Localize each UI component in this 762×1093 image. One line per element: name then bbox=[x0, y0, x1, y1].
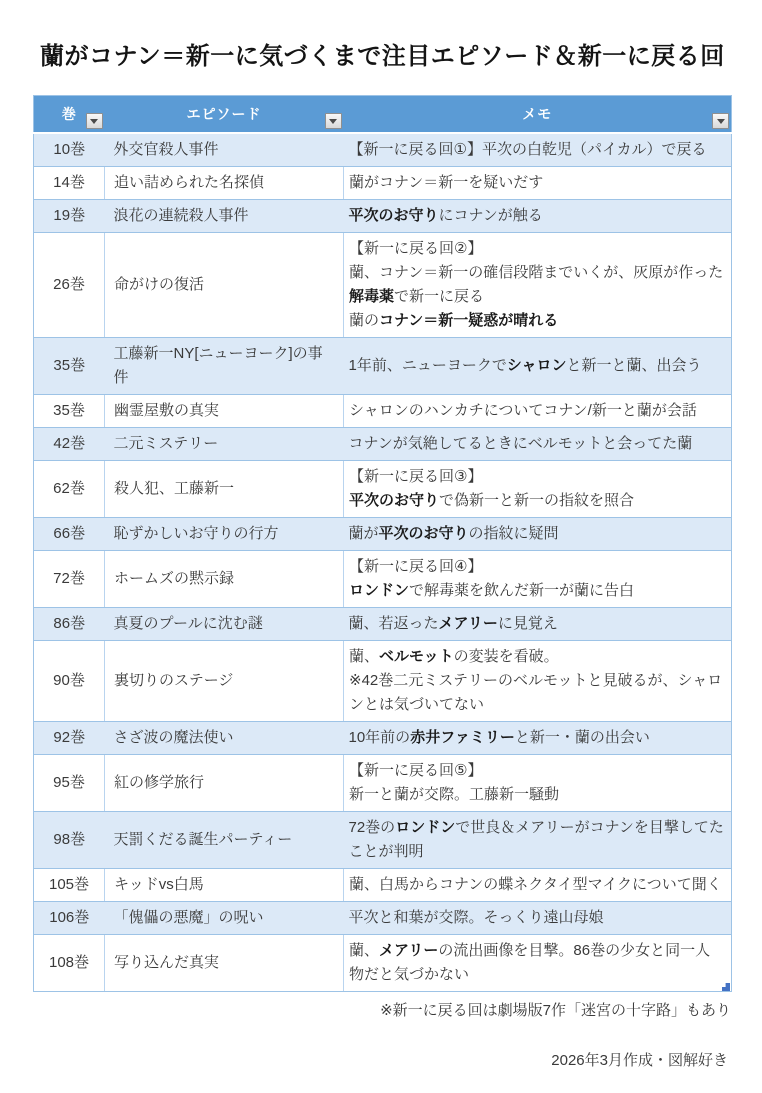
memo-line: ※42巻二元ミステリーのベルモットと見破るが、シャロンとは気づいてない bbox=[349, 669, 724, 717]
volume-cell[interactable]: 35巻 bbox=[34, 338, 105, 395]
episode-cell[interactable]: 幽霊屋敷の真実 bbox=[105, 395, 344, 428]
memo-line: 平次のお守りで偽新一と新一の指紋を照合 bbox=[349, 489, 724, 513]
footnote: ※新一に戻る回は劇場版7作「迷宮の十字路」もあり bbox=[380, 999, 731, 1020]
volume-cell[interactable]: 66巻 bbox=[34, 518, 105, 551]
episode-cell[interactable]: 天罰くだる誕生パーティー bbox=[105, 812, 344, 869]
table-body: 10巻外交官殺人事件【新一に戻る回①】平次の白乾児（パイカル）で戻る14巻追い詰… bbox=[34, 133, 732, 992]
table-row: 90巻裏切りのステージ蘭、ベルモットの変装を看破。※42巻二元ミステリーのベルモ… bbox=[34, 641, 732, 722]
volume-cell[interactable]: 98巻 bbox=[34, 812, 105, 869]
episode-table-grid: 巻 エピソード メモ bbox=[33, 95, 732, 992]
episode-filter-button[interactable] bbox=[325, 113, 342, 129]
episode-cell[interactable]: 二元ミステリー bbox=[105, 428, 344, 461]
volume-filter-button[interactable] bbox=[86, 113, 103, 129]
episode-cell[interactable]: 恥ずかしいお守りの行方 bbox=[105, 518, 344, 551]
page-title: 蘭がコナン＝新一に気づくまで注目エピソード＆新一に戻る回 bbox=[40, 36, 740, 71]
memo-line: 【新一に戻る回③】 bbox=[349, 465, 724, 489]
column-header-memo: メモ bbox=[344, 96, 732, 134]
credit-text: 2026年3月作成・図解好き bbox=[551, 1049, 728, 1070]
volume-cell[interactable]: 62巻 bbox=[34, 461, 105, 518]
volume-cell[interactable]: 35巻 bbox=[34, 395, 105, 428]
episode-cell[interactable]: 追い詰められた名探偵 bbox=[105, 167, 344, 200]
volume-cell[interactable]: 19巻 bbox=[34, 200, 105, 233]
episode-cell[interactable]: 工藤新一NY[ニューヨーク]の事件 bbox=[105, 338, 344, 395]
table-row: 106巻「傀儡の悪魔」の呪い平次と和葉が交際。そっくり遠山母娘 bbox=[34, 902, 732, 935]
episode-cell[interactable]: 命がけの復活 bbox=[105, 233, 344, 338]
memo-line: 【新一に戻る回⑤】 bbox=[349, 759, 724, 783]
memo-line: 蘭がコナン＝新一を疑いだす bbox=[349, 171, 724, 195]
table-row: 35巻幽霊屋敷の真実シャロンのハンカチについてコナン/新一と蘭が会話 bbox=[34, 395, 732, 428]
table-row: 26巻命がけの復活【新一に戻る回②】蘭、コナン＝新一の確信段階までいくが、灰原が… bbox=[34, 233, 732, 338]
header-row: 巻 エピソード メモ bbox=[34, 96, 732, 134]
episode-cell[interactable]: 「傀儡の悪魔」の呪い bbox=[105, 902, 344, 935]
episode-cell[interactable]: 殺人犯、工藤新一 bbox=[105, 461, 344, 518]
volume-cell[interactable]: 90巻 bbox=[34, 641, 105, 722]
table-row: 108巻写り込んだ真実蘭、メアリーの流出画像を目撃。86巻の少女と同一人物だと気… bbox=[34, 935, 732, 992]
volume-cell[interactable]: 26巻 bbox=[34, 233, 105, 338]
episode-cell[interactable]: 外交官殺人事件 bbox=[105, 133, 344, 167]
memo-line: シャロンのハンカチについてコナン/新一と蘭が会話 bbox=[349, 399, 724, 423]
memo-cell[interactable]: 72巻のロンドンで世良＆メアリーがコナンを目撃してたことが判明 bbox=[344, 812, 732, 869]
table-row: 95巻紅の修学旅行【新一に戻る回⑤】新一と蘭が交際。工藤新一騒動 bbox=[34, 755, 732, 812]
volume-cell[interactable]: 42巻 bbox=[34, 428, 105, 461]
memo-cell[interactable]: 【新一に戻る回⑤】新一と蘭が交際。工藤新一騒動 bbox=[344, 755, 732, 812]
filter-dropdown-icon bbox=[717, 119, 725, 124]
volume-cell[interactable]: 92巻 bbox=[34, 722, 105, 755]
memo-line: 10年前の赤井ファミリーと新一・蘭の出会い bbox=[349, 726, 725, 750]
episode-cell[interactable]: キッドvs白馬 bbox=[105, 869, 344, 902]
table-header: 巻 エピソード メモ bbox=[34, 96, 732, 134]
episode-cell[interactable]: 浪花の連続殺人事件 bbox=[105, 200, 344, 233]
volume-cell[interactable]: 106巻 bbox=[34, 902, 105, 935]
table-row: 35巻工藤新一NY[ニューヨーク]の事件1年前、ニューヨークでシャロンと新一と蘭… bbox=[34, 338, 732, 395]
episode-cell[interactable]: 紅の修学旅行 bbox=[105, 755, 344, 812]
table-row: 66巻恥ずかしいお守りの行方蘭が平次のお守りの指紋に疑問 bbox=[34, 518, 732, 551]
filter-dropdown-icon bbox=[329, 119, 337, 124]
memo-cell[interactable]: 【新一に戻る回③】平次のお守りで偽新一と新一の指紋を照合 bbox=[344, 461, 732, 518]
table-row: 72巻ホームズの黙示録【新一に戻る回④】ロンドンで解毒薬を飲んだ新一が蘭に告白 bbox=[34, 551, 732, 608]
column-header-volume: 巻 bbox=[34, 96, 105, 134]
memo-line: 平次と和葉が交際。そっくり遠山母娘 bbox=[349, 906, 725, 930]
memo-line: 蘭のコナン＝新一疑惑が晴れる bbox=[349, 309, 724, 333]
memo-cell[interactable]: コナンが気絶してるときにベルモットと会ってた蘭 bbox=[344, 428, 732, 461]
memo-line: 蘭が平次のお守りの指紋に疑問 bbox=[349, 522, 725, 546]
volume-cell[interactable]: 95巻 bbox=[34, 755, 105, 812]
memo-cell[interactable]: 平次のお守りにコナンが触る bbox=[344, 200, 732, 233]
memo-cell[interactable]: 蘭が平次のお守りの指紋に疑問 bbox=[344, 518, 732, 551]
episode-cell[interactable]: ホームズの黙示録 bbox=[105, 551, 344, 608]
memo-line: コナンが気絶してるときにベルモットと会ってた蘭 bbox=[349, 432, 725, 456]
memo-cell[interactable]: 【新一に戻る回②】蘭、コナン＝新一の確信段階までいくが、灰原が作った解毒薬で新一… bbox=[344, 233, 732, 338]
episode-cell[interactable]: 裏切りのステージ bbox=[105, 641, 344, 722]
table-row: 105巻キッドvs白馬蘭、白馬からコナンの蝶ネクタイ型マイクについて聞く bbox=[34, 869, 732, 902]
table-row: 92巻さざ波の魔法使い10年前の赤井ファミリーと新一・蘭の出会い bbox=[34, 722, 732, 755]
column-header-volume-label: 巻 bbox=[62, 106, 77, 122]
volume-cell[interactable]: 14巻 bbox=[34, 167, 105, 200]
table-row: 14巻追い詰められた名探偵蘭がコナン＝新一を疑いだす bbox=[34, 167, 732, 200]
memo-filter-button[interactable] bbox=[712, 113, 729, 129]
memo-line: 蘭、ベルモットの変装を看破。 bbox=[349, 645, 724, 669]
volume-cell[interactable]: 86巻 bbox=[34, 608, 105, 641]
table-row: 42巻二元ミステリーコナンが気絶してるときにベルモットと会ってた蘭 bbox=[34, 428, 732, 461]
memo-cell[interactable]: 10年前の赤井ファミリーと新一・蘭の出会い bbox=[344, 722, 732, 755]
memo-cell[interactable]: 【新一に戻る回④】ロンドンで解毒薬を飲んだ新一が蘭に告白 bbox=[344, 551, 732, 608]
memo-cell[interactable]: シャロンのハンカチについてコナン/新一と蘭が会話 bbox=[344, 395, 732, 428]
table-row: 86巻真夏のプールに沈む謎蘭、若返ったメアリーに見覚え bbox=[34, 608, 732, 641]
table-row: 19巻浪花の連続殺人事件平次のお守りにコナンが触る bbox=[34, 200, 732, 233]
memo-line: 【新一に戻る回①】平次の白乾児（パイカル）で戻る bbox=[349, 138, 725, 162]
table-row: 62巻殺人犯、工藤新一【新一に戻る回③】平次のお守りで偽新一と新一の指紋を照合 bbox=[34, 461, 732, 518]
memo-line: 新一と蘭が交際。工藤新一騒動 bbox=[349, 783, 724, 807]
memo-cell[interactable]: 蘭がコナン＝新一を疑いだす bbox=[344, 167, 732, 200]
episode-cell[interactable]: 真夏のプールに沈む謎 bbox=[105, 608, 344, 641]
volume-cell[interactable]: 105巻 bbox=[34, 869, 105, 902]
memo-line: 蘭、白馬からコナンの蝶ネクタイ型マイクについて聞く bbox=[349, 873, 724, 897]
memo-cell[interactable]: 蘭、メアリーの流出画像を目撃。86巻の少女と同一人物だと気づかない bbox=[344, 935, 732, 992]
memo-cell[interactable]: 蘭、ベルモットの変装を看破。※42巻二元ミステリーのベルモットと見破るが、シャロ… bbox=[344, 641, 732, 722]
memo-cell[interactable]: 蘭、若返ったメアリーに見覚え bbox=[344, 608, 732, 641]
column-header-episode: エピソード bbox=[105, 96, 344, 134]
memo-cell[interactable]: 平次と和葉が交際。そっくり遠山母娘 bbox=[344, 902, 732, 935]
episode-cell[interactable]: 写り込んだ真実 bbox=[105, 935, 344, 992]
volume-cell[interactable]: 108巻 bbox=[34, 935, 105, 992]
memo-line: 【新一に戻る回②】 bbox=[349, 237, 724, 261]
memo-cell[interactable]: 蘭、白馬からコナンの蝶ネクタイ型マイクについて聞く bbox=[344, 869, 732, 902]
column-header-memo-label: メモ bbox=[522, 106, 552, 122]
table-row: 10巻外交官殺人事件【新一に戻る回①】平次の白乾児（パイカル）で戻る bbox=[34, 133, 732, 167]
episode-cell[interactable]: さざ波の魔法使い bbox=[105, 722, 344, 755]
memo-line: 72巻のロンドンで世良＆メアリーがコナンを目撃してたことが判明 bbox=[349, 816, 725, 864]
memo-line: 蘭、コナン＝新一の確信段階までいくが、灰原が作った解毒薬で新一に戻る bbox=[349, 261, 724, 309]
memo-line: ロンドンで解毒薬を飲んだ新一が蘭に告白 bbox=[349, 579, 724, 603]
table-row: 98巻天罰くだる誕生パーティー72巻のロンドンで世良＆メアリーがコナンを目撃して… bbox=[34, 812, 732, 869]
column-header-episode-label: エピソード bbox=[187, 106, 262, 122]
memo-line: 1年前、ニューヨークでシャロンと新一と蘭、出会う bbox=[349, 354, 725, 378]
episode-table: 巻 エピソード メモ bbox=[33, 95, 731, 992]
filter-dropdown-icon bbox=[90, 119, 98, 124]
memo-line: 蘭、メアリーの流出画像を目撃。86巻の少女と同一人物だと気づかない bbox=[349, 939, 724, 987]
volume-cell[interactable]: 72巻 bbox=[34, 551, 105, 608]
memo-cell[interactable]: 1年前、ニューヨークでシャロンと新一と蘭、出会う bbox=[344, 338, 732, 395]
memo-line: 【新一に戻る回④】 bbox=[349, 555, 724, 579]
volume-cell[interactable]: 10巻 bbox=[34, 133, 105, 167]
memo-line: 蘭、若返ったメアリーに見覚え bbox=[349, 612, 725, 636]
page: 蘭がコナン＝新一に気づくまで注目エピソード＆新一に戻る回 巻 エピソード bbox=[0, 0, 762, 1093]
memo-line: 平次のお守りにコナンが触る bbox=[349, 204, 725, 228]
memo-cell[interactable]: 【新一に戻る回①】平次の白乾児（パイカル）で戻る bbox=[344, 133, 732, 167]
